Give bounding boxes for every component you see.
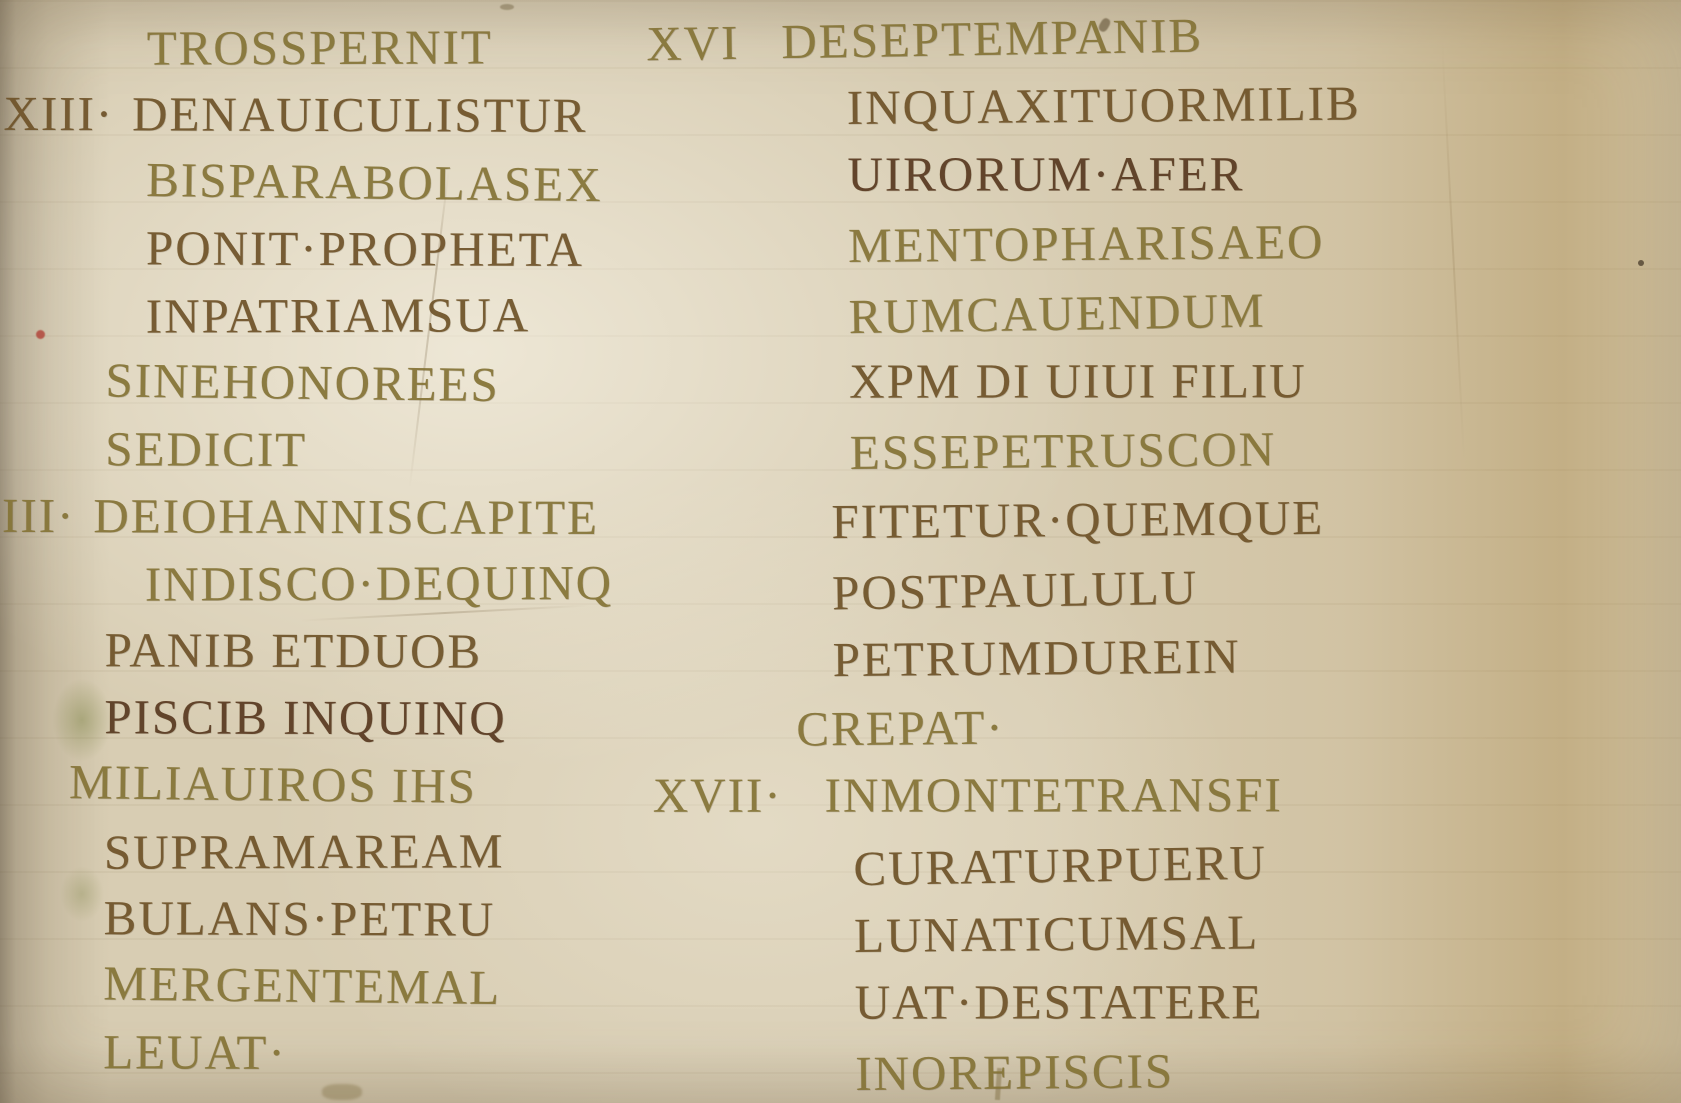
line-text: INOREPISCIS	[855, 1043, 1174, 1101]
manuscript-line: SEDICIT	[0, 415, 640, 484]
line-text: PETRUMDUREIN	[832, 629, 1240, 688]
line-text: PANIB ETDUOB	[105, 622, 483, 678]
chapter-numeral: XVII·	[653, 768, 825, 823]
line-text: PISCIB INQUINQ	[104, 689, 507, 745]
manuscript-line: CURATURPUERU	[627, 821, 1681, 907]
manuscript-line: UIRORUM·AFER	[621, 139, 1681, 209]
line-text: CURATURPUERU	[853, 835, 1267, 896]
manuscript-line: MERGENTEMAL	[0, 948, 639, 1022]
manuscript-line: MILIAUIROS IHS	[0, 747, 640, 821]
manuscript-line: SUPRAMAREAM	[0, 817, 639, 886]
line-text: MILIAUIROS IHS	[69, 754, 477, 814]
text-column-left: TROSSPERNITXIII·DENAUICULISTURBISPARABOL…	[0, 13, 642, 1087]
manuscript-line: INOREPISCIS	[629, 1032, 1681, 1103]
line-text: RUMCAUENDUM	[848, 283, 1266, 345]
manuscript-line: XPM DI UIUI FILIU	[623, 346, 1681, 416]
line-text: MENTOPHARISAEO	[848, 214, 1325, 273]
line-text: UAT·DESTATERE	[855, 974, 1264, 1029]
manuscript-line: III·DEIOHANNISCAPITE	[0, 482, 640, 551]
line-text: INQUAXITUORMILIB	[847, 76, 1361, 135]
manuscript-line: PANIB ETDUOB	[0, 616, 640, 685]
manuscript-line: MENTOPHARISAEO	[622, 204, 1681, 282]
line-text: SINEHONOREES	[105, 353, 500, 412]
manuscript-line: FITETUR·QUEMQUE	[624, 480, 1681, 558]
manuscript-line: LUNATICUMSAL	[628, 894, 1681, 972]
manuscript-line: SINEHONOREES	[0, 345, 641, 419]
manuscript-line: UAT·DESTATERE	[629, 967, 1681, 1037]
line-text: MERGENTEMAL	[103, 956, 501, 1016]
chapter-numeral: XIII·	[3, 86, 132, 141]
line-text: BULANS·PETRU	[104, 890, 496, 946]
manuscript-line: BISPARABOLASEX	[1, 144, 642, 218]
line-text: POSTPAULULU	[832, 560, 1199, 621]
line-text: CREPAT·	[796, 700, 1005, 757]
manuscript-line: XVII·INMONTETRANSFI	[627, 760, 1681, 830]
manuscript-line: PETRUMDUREIN	[625, 618, 1681, 696]
line-text: DENAUICULISTUR	[132, 86, 588, 143]
line-text: INPATRIAMSUA	[146, 287, 531, 343]
manuscript-line: LEUAT·	[0, 1018, 638, 1087]
ink-speck	[500, 4, 514, 10]
manuscript-line: PONIT·PROPHETA	[1, 214, 641, 283]
line-text: LUNATICUMSAL	[854, 904, 1260, 963]
chapter-numeral: III·	[2, 488, 93, 543]
line-text: SEDICIT	[105, 421, 307, 477]
line-text: PONIT·PROPHETA	[146, 220, 584, 277]
line-text: INMONTETRANSFI	[825, 767, 1283, 822]
manuscript-line: PISCIB INQUINQ	[0, 683, 640, 752]
line-text: LEUAT·	[103, 1024, 287, 1080]
manuscript-line: INPATRIAMSUA	[1, 281, 641, 350]
partial-glyph-mark	[322, 1084, 362, 1100]
manuscript-line: RUMCAUENDUM	[622, 269, 1681, 355]
manuscript-line: INDISCO·DEQUINQ	[0, 549, 640, 618]
manuscript-line: INQUAXITUORMILIB	[621, 66, 1681, 144]
line-text: SUPRAMAREAM	[104, 823, 505, 879]
chapter-numeral: XVI	[646, 14, 782, 71]
line-text: XPM DI UIUI FILIU	[849, 353, 1306, 408]
line-text: BISPARABOLASEX	[146, 152, 603, 212]
line-text: UIRORUM·AFER	[847, 146, 1244, 201]
manuscript-line: ESSEPETRUSCON	[624, 411, 1681, 489]
manuscript-line: XIII·DENAUICULISTUR	[1, 80, 641, 149]
manuscript-line: POSTPAULULU	[625, 545, 1681, 631]
line-text: ESSEPETRUSCON	[850, 421, 1277, 480]
text-column-right: XVIDESEPTEMPANIBINQUAXITUORMILIBUIRORUM·…	[620, 0, 1681, 1103]
line-text: DESEPTEMPANIB	[781, 8, 1204, 70]
manuscript-line: BULANS·PETRU	[0, 884, 639, 953]
line-text: FITETUR·QUEMQUE	[831, 490, 1324, 549]
line-text: TROSSPERNIT	[147, 19, 493, 75]
line-text: INDISCO·DEQUINQ	[145, 555, 613, 612]
manuscript-page: TROSSPERNITXIII·DENAUICULISTURBISPARABOL…	[0, 0, 1681, 1103]
manuscript-line: TROSSPERNIT	[2, 13, 642, 82]
manuscript-line: CREPAT·	[626, 687, 1681, 765]
line-text: DEIOHANNISCAPITE	[93, 488, 599, 545]
